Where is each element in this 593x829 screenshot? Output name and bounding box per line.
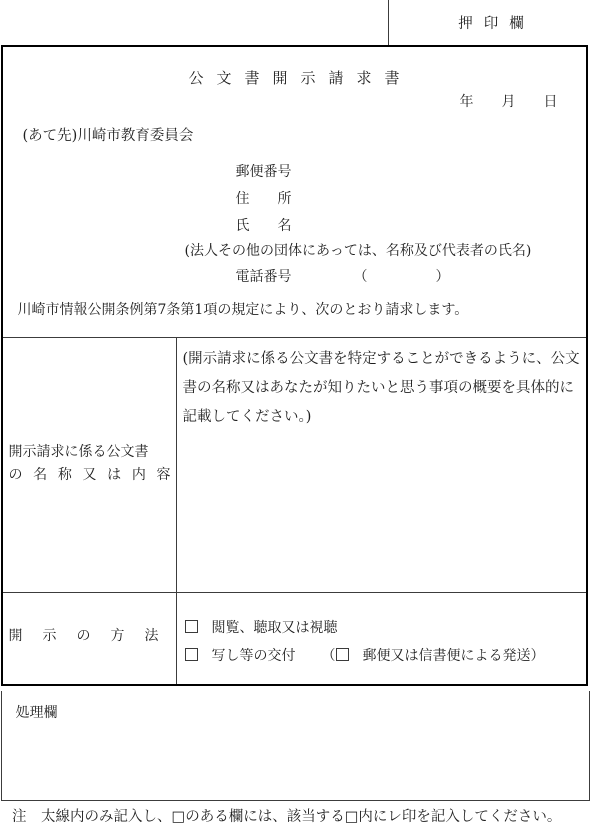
footer-instruction-note: 注 太線内のみ記入し、□のある欄には、該当する□内にレ印を記入してください。 xyxy=(12,805,561,826)
corporate-note: (法人その他の団体にあっては、名称及び代表者の氏名) xyxy=(185,240,532,260)
method-option-view: 閲覧、聴取又は視聴 xyxy=(185,617,338,637)
phone-close-paren: ） xyxy=(436,266,450,286)
subject-row-label: 開示請求に係る公文書 の 名 称 又 は 内 容 xyxy=(9,441,171,487)
phone-label: 電話番号 xyxy=(236,269,292,285)
name-label: 氏 名 xyxy=(236,215,292,235)
disclosure-request-form: 押印欄 公文書開示請求書 年 月 日 (あて先)川崎市教育委員会 郵便番号 住 … xyxy=(0,0,593,829)
mail-sub-open-paren: （ xyxy=(322,645,336,665)
mail-sub-close-paren: ） xyxy=(531,648,545,664)
addressee-line: (あて先)川崎市教育委員会 xyxy=(23,124,194,145)
phone-field[interactable]: 電話番号（） xyxy=(236,266,450,286)
date-field[interactable]: 年 月 日 xyxy=(460,91,558,111)
stamp-box-label: 押印欄 xyxy=(389,12,593,33)
method-option-copy-label: 写し等の交付 xyxy=(212,648,296,664)
subject-label-line2: の 名 称 又 は 内 容 xyxy=(9,464,171,487)
table-top-rule xyxy=(3,337,586,338)
table-middle-rule xyxy=(3,592,586,593)
method-option-copy: 写し等の交付（郵便又は信書便による発送） xyxy=(185,645,545,665)
checkbox-copy-icon[interactable] xyxy=(185,648,198,661)
method-option-view-label: 閲覧、聴取又は視聴 xyxy=(212,620,338,636)
subject-content-input-area[interactable] xyxy=(177,482,586,592)
postal-code-label: 郵便番号 xyxy=(236,161,292,181)
form-title: 公文書開示請求書 xyxy=(3,67,586,88)
subject-label-line1: 開示請求に係る公文書 xyxy=(9,441,171,464)
checkbox-view-listen-icon[interactable] xyxy=(185,620,198,633)
address-label: 住 所 xyxy=(236,188,292,208)
checkbox-mail-icon[interactable] xyxy=(336,648,349,661)
processing-box: 処理欄 xyxy=(1,691,590,801)
main-form-box: 公文書開示請求書 年 月 日 (あて先)川崎市教育委員会 郵便番号 住 所 氏 … xyxy=(1,45,588,686)
method-row-label: 開 示 の 方 法 xyxy=(9,625,159,645)
mail-sub-label: 郵便又は信書便による発送 xyxy=(363,648,531,664)
declaration-sentence: 川崎市情報公開条例第7条第1項の規定により、次のとおり請求します。 xyxy=(18,299,469,319)
subject-instruction-note: (開示請求に係る公文書を特定することができるように、公文書の名称又はあなたが知り… xyxy=(183,345,583,432)
processing-blank-area xyxy=(2,691,589,800)
phone-open-paren: （ xyxy=(354,266,368,286)
